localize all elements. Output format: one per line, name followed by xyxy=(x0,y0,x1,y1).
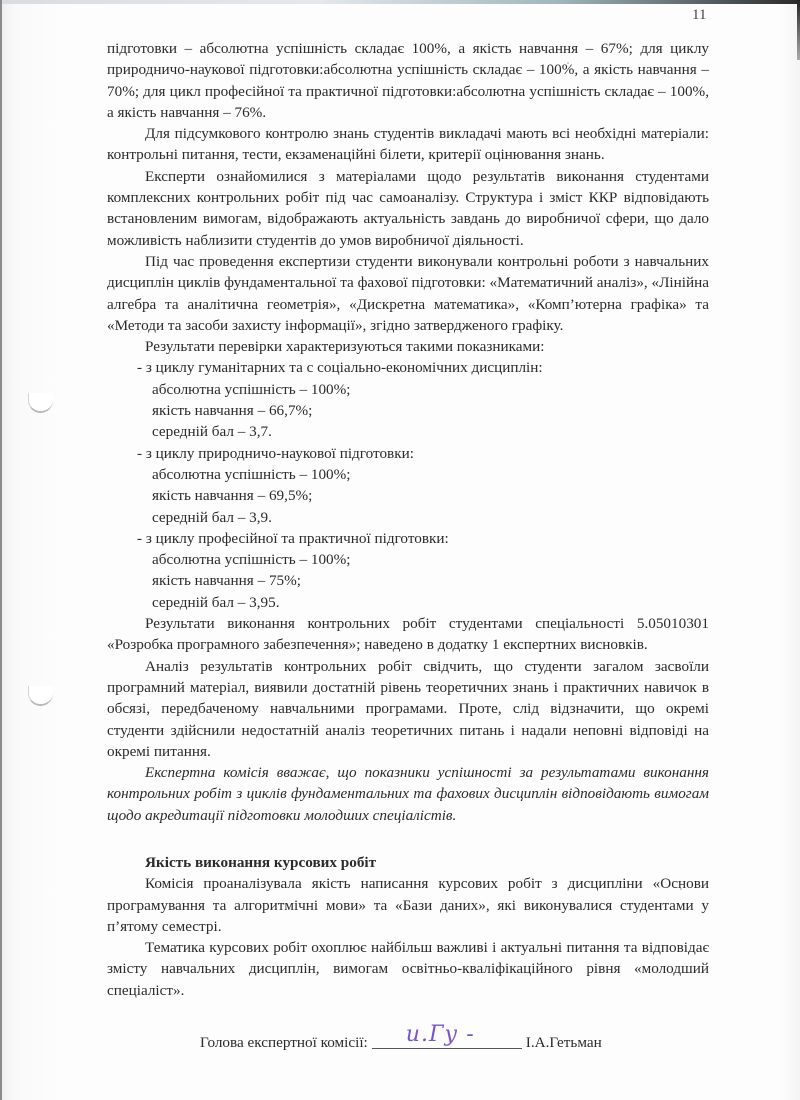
paragraph-experts-reviewed: Експерти ознайомилися з матеріалами щодо… xyxy=(107,166,709,251)
signature-block: Голова експертної комісії: и.Гу - І.А.Ге… xyxy=(200,1030,602,1052)
punch-hole-icon xyxy=(28,686,53,706)
handwritten-signature: и.Гу - xyxy=(406,1022,475,1047)
paragraph-analysis: Аналіз результатів контрольних робіт сві… xyxy=(107,656,709,762)
paragraph-examination: Під час проведення експертизи студенти в… xyxy=(107,251,709,336)
results-absolute: абсолютна успішність – 100%; xyxy=(107,549,709,570)
section-heading-coursework: Якість виконання курсових робіт xyxy=(107,852,709,873)
results-quality: якість навчання – 69,5%; xyxy=(107,485,709,506)
scan-left-edge xyxy=(0,0,2,1100)
results-cycle-heading: - з циклу природничо-наукової підготовки… xyxy=(107,443,709,464)
paragraph-continued: підготовки – абсолютна успішність склада… xyxy=(107,38,709,123)
scan-top-shadow xyxy=(0,0,800,4)
paragraph-results-intro: Результати перевірки характеризуються та… xyxy=(107,336,709,357)
paragraph-final-control: Для підсумкового контролю знань студенті… xyxy=(107,123,709,166)
results-list: - з циклу гуманітарних та с соціально-ек… xyxy=(107,357,709,613)
paragraph-results-specialty: Результати виконання контрольних робіт с… xyxy=(107,613,709,656)
paragraph-coursework-topics: Тематика курсових робіт охоплює найбільш… xyxy=(107,937,709,1001)
signatory-name: І.А.Гетьман xyxy=(526,1034,602,1052)
results-absolute: абсолютна успішність – 100%; xyxy=(107,464,709,485)
paragraph-commission-conclusion: Експертна комісія вважає, що показники у… xyxy=(107,762,709,826)
results-absolute: абсолютна успішність – 100%; xyxy=(107,379,709,400)
signature-label: Голова експертної комісії: xyxy=(200,1034,368,1052)
results-cycle-heading: - з циклу гуманітарних та с соціально-ек… xyxy=(107,357,709,378)
punch-hole-icon xyxy=(28,393,53,413)
results-quality: якість навчання – 75%; xyxy=(107,570,709,591)
signature-line: и.Гу - xyxy=(372,1030,522,1049)
document-body: підготовки – абсолютна успішність склада… xyxy=(107,38,709,1001)
results-average: середній бал – 3,7. xyxy=(107,421,709,442)
scanned-page: 11 підготовки – абсолютна успішність скл… xyxy=(0,0,800,1100)
results-quality: якість навчання – 66,7%; xyxy=(107,400,709,421)
results-cycle-heading: - з циклу професійної та практичної підг… xyxy=(107,528,709,549)
paragraph-coursework-analysis: Комісія проаналізувала якість написання … xyxy=(107,873,709,937)
results-average: середній бал – 3,95. xyxy=(107,592,709,613)
results-average: середній бал – 3,9. xyxy=(107,507,709,528)
page-number: 11 xyxy=(692,7,706,24)
